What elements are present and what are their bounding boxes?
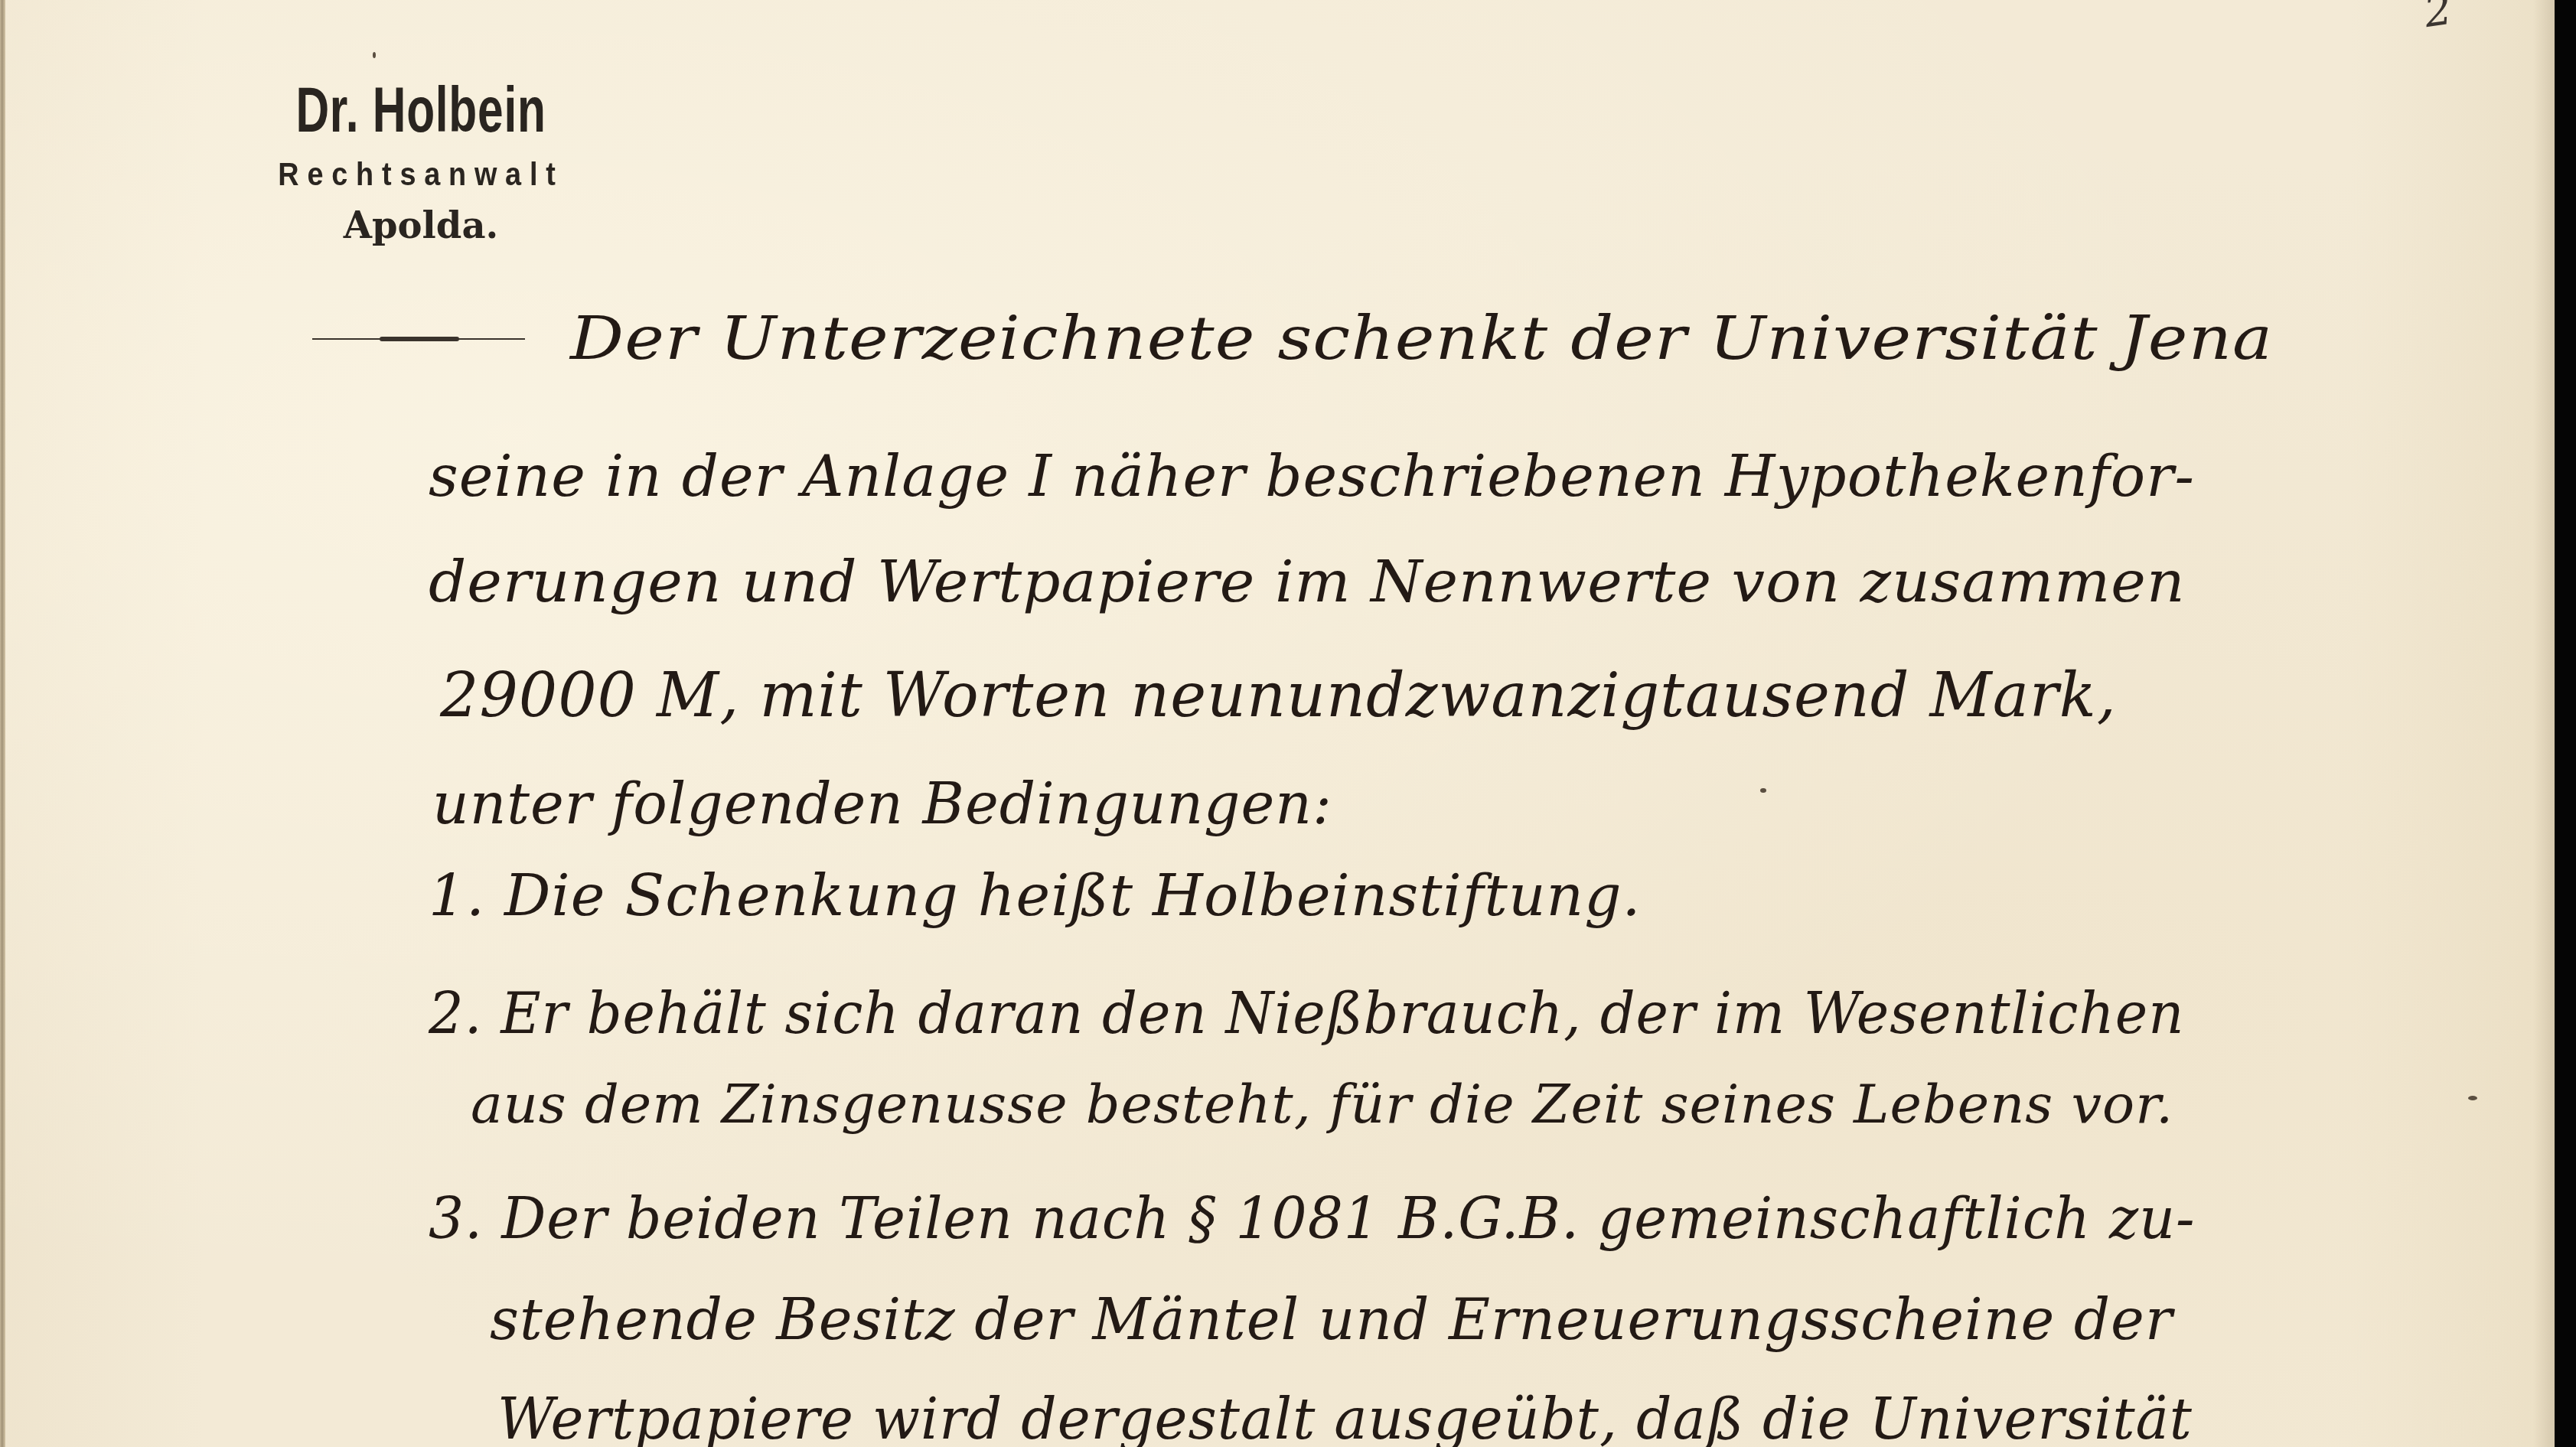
handwritten-line: derungen und Wertpapiere im Nennwerte vo…	[429, 549, 2185, 615]
handwritten-line: Wertpapiere wird dergestalt ausgeübt, da…	[497, 1387, 2193, 1447]
ink-speck	[1760, 788, 1766, 793]
letterhead-city: Apolda.	[191, 201, 651, 250]
handwritten-line: seine in der Anlage I näher beschriebene…	[429, 444, 2195, 510]
ink-speck	[2468, 1096, 2477, 1100]
handwritten-line: 3. Der beiden Teilen nach § 1081 B.G.B. …	[429, 1186, 2195, 1252]
letterhead: Dr. Holbein Rechtsanwalt Apolda.	[191, 73, 651, 250]
scan-border	[2555, 0, 2576, 1447]
handwritten-line: 29000 M, mit Worten neunundzwanzigtausen…	[440, 660, 2117, 731]
ink-speck	[373, 52, 376, 58]
rule-ornament	[380, 337, 459, 341]
handwritten-line: 2. Er behält sich daran den Nießbrauch, …	[429, 981, 2184, 1047]
letterhead-name: Dr. Holbein	[256, 73, 586, 146]
handwritten-line: unter folgenden Bedingungen:	[432, 771, 1332, 837]
handwritten-line: stehende Besitz der Mäntel und Erneuerun…	[490, 1287, 2173, 1353]
page-edge-shadow	[2533, 0, 2555, 1447]
document-page: 2 Dr. Holbein Rechtsanwalt Apolda. Der U…	[0, 0, 2555, 1447]
ornamental-rule	[312, 337, 525, 341]
letterhead-title: Rechtsanwalt	[214, 152, 628, 197]
binding-edge	[0, 0, 5, 1447]
handwritten-line: Der Unterzeichnete schenkt der Universit…	[570, 305, 2273, 373]
handwritten-line: 1. Die Schenkung heißt Holbeinstiftung.	[429, 863, 1642, 929]
handwritten-line: aus dem Zinsgenusse besteht, für die Zei…	[471, 1073, 2173, 1136]
page-number: 2	[2421, 0, 2455, 37]
